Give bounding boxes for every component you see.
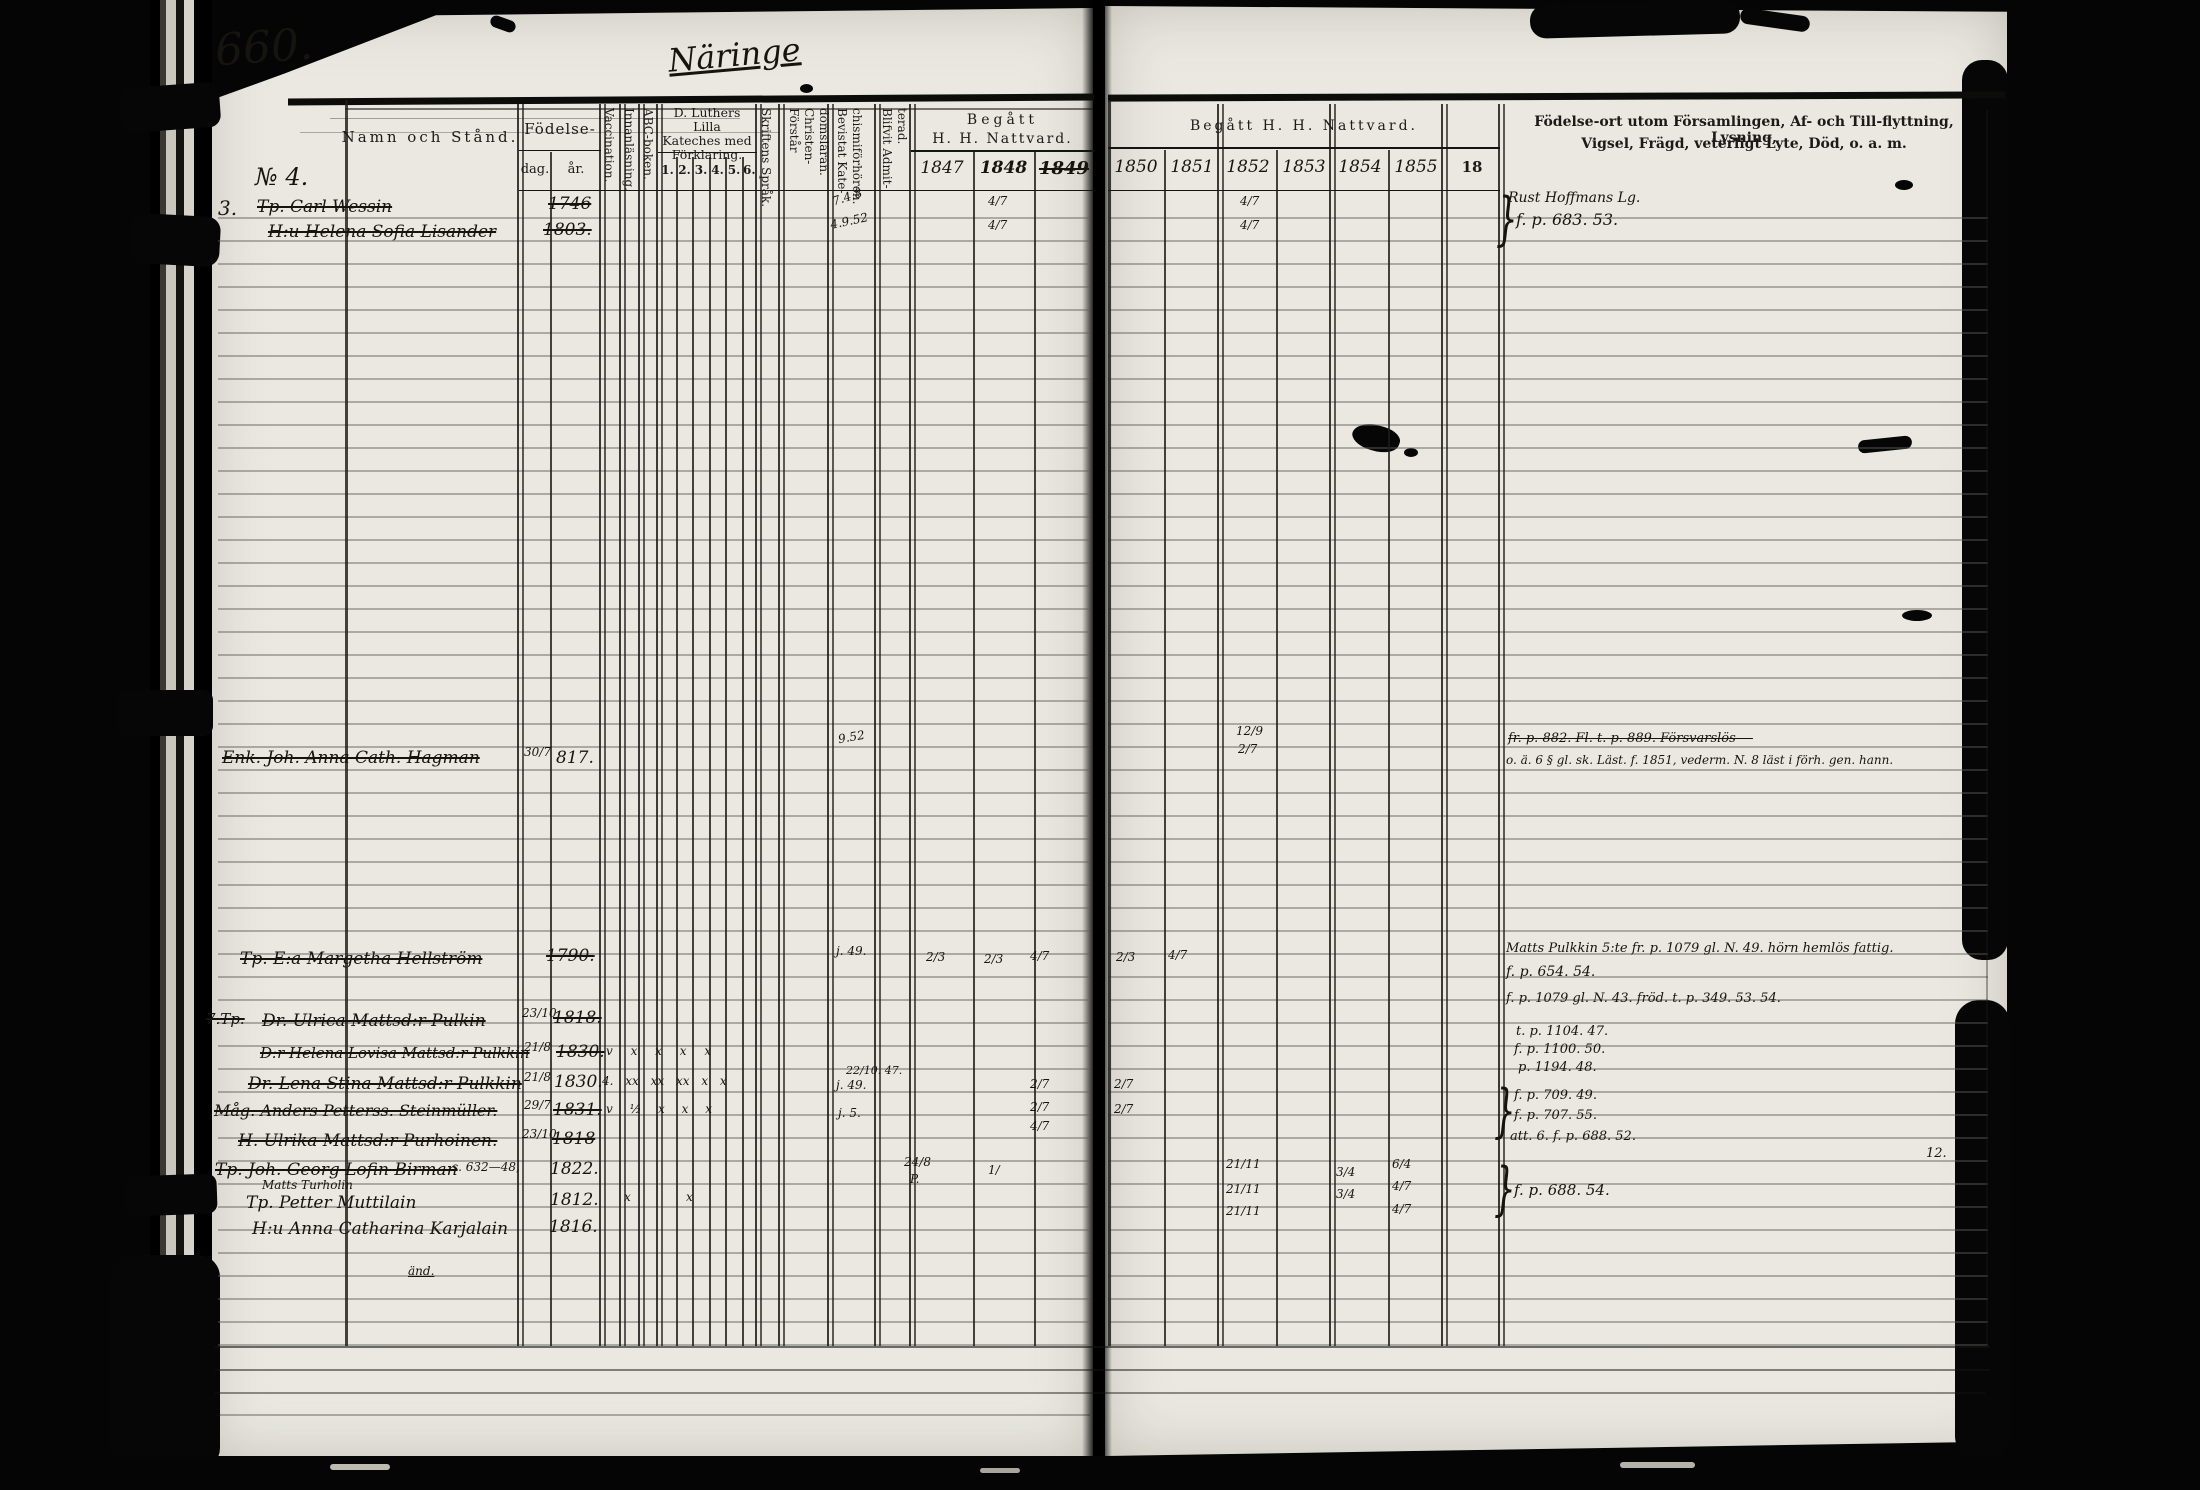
note: 12. <box>1926 1146 1947 1161</box>
year-1849: 1849 <box>1034 158 1094 179</box>
entry-name: Tp. E:a Margetha Hellström <box>240 949 482 969</box>
entry-name: Dr. Lena Stina Mattsd:r Pulkkin <box>248 1074 522 1094</box>
mark: x <box>686 1190 693 1204</box>
subcol-ar: år. <box>552 162 600 177</box>
mark: 4/7 <box>1030 949 1049 963</box>
katekes-sub-6: 6. <box>743 163 755 177</box>
mark: 4/7 <box>1392 1202 1411 1216</box>
ink-stain <box>1530 0 1741 39</box>
col-header-begatt-left-1: Begått <box>911 112 1094 128</box>
year-1852: 1852 <box>1220 157 1276 177</box>
mark: 3/4 <box>1336 1187 1355 1201</box>
entry-birth-year: 1790. <box>546 946 595 966</box>
note: f. p. 1100. 50. <box>1514 1042 1605 1057</box>
entry-birth-year: 1830. <box>554 1072 603 1092</box>
mark: 2/3 <box>926 950 945 964</box>
mark: 4/7 <box>1392 1179 1411 1193</box>
note: t. p. 1104. 47. <box>1516 1024 1608 1039</box>
mark: j. 49. <box>836 944 866 958</box>
mark: x <box>624 1190 631 1204</box>
note: f. p. 683. 53. <box>1516 210 1618 229</box>
entry-name: H. Ulrika Mattsd:r Purhoinen. <box>238 1131 497 1151</box>
note: f. p. 707. 55. <box>1514 1108 1597 1123</box>
note: f. p. 688. 54. <box>1514 1181 1610 1199</box>
entry-name: Tp. Joh. Georg Lofin Birman <box>215 1160 458 1180</box>
entry-alias: Matts Turholin <box>262 1178 353 1192</box>
entry-birth-year: 1746 <box>548 194 591 214</box>
year-1850: 1850 <box>1108 157 1164 177</box>
entry-birth-day: 21/8 <box>524 1040 551 1054</box>
year-1847: 1847 <box>911 158 973 178</box>
mark: 21/11 <box>1226 1182 1261 1196</box>
note: Matts Pulkkin 5:te fr. p. 1079 gl. N. 49… <box>1506 941 1893 956</box>
col-header-begatt-right: Begått H. H. Nattvard. <box>1108 118 1500 134</box>
year-1851: 1851 <box>1164 157 1220 177</box>
entry-marks: 4. xx xx xx x x <box>602 1074 727 1088</box>
entry-birth-year: 1812. <box>550 1190 599 1210</box>
entry-birth-year: 1818. <box>553 1008 602 1028</box>
year-1854: 1854 <box>1332 157 1388 177</box>
entry-marks: v ½ x x x <box>606 1102 712 1116</box>
mark: 2/3 <box>984 952 1003 966</box>
col-header-notes-2: Vigsel, Frägd, veterligt Lyte, Död, o. a… <box>1503 136 1985 152</box>
entry-birth-day: 21/8 <box>524 1070 551 1084</box>
katekes-sub-1: 1. <box>659 163 676 177</box>
col-header-forstar: Förstår Christen- domsläran. <box>786 108 824 208</box>
entry-birth-year: 1803. <box>543 220 592 240</box>
note: Rust Hoffmans Lg. <box>1508 190 1640 206</box>
year-18xx: 18 <box>1444 158 1500 176</box>
bottom-mark: änd. <box>408 1264 434 1278</box>
mark: 3/4 <box>1336 1165 1355 1179</box>
note: att. 6. f. p. 688. 52. <box>1510 1129 1636 1144</box>
entry-name-suffix: s. 632—48, <box>452 1160 520 1174</box>
scan-edge-bottom <box>0 1456 2200 1490</box>
mark: 2/7 <box>1238 742 1257 756</box>
mark: 12/9 <box>1236 724 1263 738</box>
mark: 2/7 <box>1030 1100 1049 1114</box>
katekes-sub-4: 4. <box>710 163 725 177</box>
col-header-skriftens: Skriftens Språk. <box>758 108 777 218</box>
mark: j. 5. <box>838 1106 861 1120</box>
mark: 1/ <box>988 1163 1000 1177</box>
mark: 4/7 <box>1168 948 1187 962</box>
col-header-katekes: D. Luthers Lilla Kateches med Förklaring… <box>658 106 756 162</box>
entry-name: Dr. Ulrica Mattsd:r Pulkin <box>262 1011 486 1031</box>
note: f. p. 1079 gl. N. 43. fröd. t. p. 349. 5… <box>1506 991 1781 1006</box>
entry-name: H:u Anna Catharina Karjalain <box>252 1219 508 1239</box>
col-header-innanlasning: Innanläsning. <box>621 108 638 204</box>
entry-birth-year: 1822. <box>550 1159 599 1179</box>
mark: 21/11 <box>1226 1204 1261 1218</box>
mark: 2/7 <box>1030 1077 1049 1091</box>
entry-name: Enk. Joh. Anna Cath. Hagman <box>222 748 480 768</box>
subcol-dag: dag. <box>519 162 551 177</box>
mark: 6/4 <box>1392 1157 1411 1171</box>
note: f. p. 654. 54. <box>1506 964 1595 980</box>
entry-name: Tp. Carl Wessin <box>257 197 392 217</box>
mark: 4/7 <box>1030 1119 1049 1133</box>
katekes-sub-5: 5. <box>726 163 742 177</box>
katekes-sub-3: 3. <box>693 163 709 177</box>
ruled-lines-right <box>1108 196 1988 1346</box>
mark: 21/11 <box>1226 1157 1261 1171</box>
year-1848: 1848 <box>973 158 1034 178</box>
col-header-vaccination: Vaccination. <box>601 108 619 204</box>
mark: 24/8 <box>904 1155 931 1169</box>
col-header-fodelse: Födelse- <box>519 120 601 138</box>
entry-birth-year: 817. <box>556 748 594 768</box>
note: p. 1194. 48. <box>1518 1060 1597 1075</box>
scanned-church-record: 660. Näringe Namn och Stånd. <box>0 0 2200 1490</box>
mark: 2/7 <box>1114 1077 1133 1091</box>
note: f. p. 709. 49. <box>1514 1088 1597 1103</box>
page-number: 660. <box>213 19 314 77</box>
year-1855: 1855 <box>1388 157 1444 177</box>
entry-name: D:r Helena Lovisa Mattsd:r Pulkkin <box>260 1044 530 1062</box>
mark: 22/10. 47. <box>846 1064 902 1077</box>
mark: 4/7 <box>988 218 1007 232</box>
mark: j. 49. <box>836 1078 866 1092</box>
brace: } <box>1494 1156 1516 1224</box>
mark: 4/7 <box>1240 194 1259 208</box>
note: o. ä. 6 § gl. sk. Läst. f. 1851, vederm.… <box>1506 753 1893 767</box>
row-margin-no: 7.Tp. <box>206 1010 245 1028</box>
col-header-namn: Namn och Stånd. <box>340 128 520 146</box>
col-header-begatt-left-2: H. H. Nattvard. <box>911 131 1094 147</box>
entry-name: Tp. Petter Muttilain <box>246 1193 416 1213</box>
col-header-abc-boken: ABC-boken. <box>640 108 656 204</box>
entry-birth-year: 1831. <box>553 1100 602 1120</box>
col-header-blifvit: Blifvit Admit- terad. <box>879 108 909 208</box>
entry-birth-day: 30/7 <box>524 745 551 759</box>
entry-birth-day: 29/7 <box>524 1098 551 1112</box>
mark: 2/7 <box>1114 1102 1133 1116</box>
entry-birth-day: 23/10 <box>522 1006 557 1020</box>
brace: } <box>1496 186 1518 254</box>
row-margin-no: 3. <box>218 196 237 220</box>
mark: 4/7 <box>1240 218 1259 232</box>
entry-birth-year: 1830. <box>556 1042 605 1062</box>
mark: 4/7 <box>988 194 1007 208</box>
year-1853: 1853 <box>1276 157 1332 177</box>
entry-birth-year: 1818 <box>552 1129 595 1149</box>
entry-name: Måg. Anders Petterss. Steinmüller. <box>214 1101 497 1120</box>
entry-birth-year: 1816. <box>549 1217 598 1237</box>
mark: 2/3 <box>1116 950 1135 964</box>
mark: P. <box>910 1172 919 1186</box>
entry-name: H:u Helena Sofia Lisander <box>268 222 496 242</box>
note struck: fr. p. 882. Fl. t. p. 889. Försvarslös — <box>1508 731 1753 746</box>
entry-marks: v x x x x <box>606 1044 711 1058</box>
katekes-sub-2: 2. <box>677 163 692 177</box>
group-number: № 4. <box>255 163 308 191</box>
